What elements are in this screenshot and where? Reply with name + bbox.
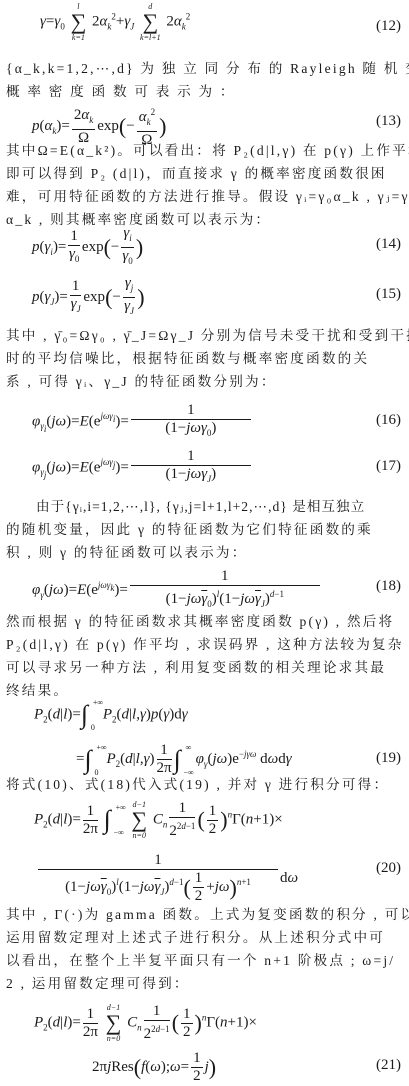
- paragraph: {α_k,k=1,2,⋯,d} 为 独 立 同 分 布 的 Rayleigh 随…: [6, 57, 404, 103]
- equation-19-line-1: P2(d|l)=∫+∞0P2(d|l,γ)p(γ)dγ: [34, 700, 188, 730]
- equation-18: φγ(jω)=E(ejωγk)=1(1−jωγ0)l(1−jωγJ)d−1: [32, 568, 322, 613]
- summation: d∑k=l+1: [140, 2, 161, 42]
- equation-number: (16): [376, 412, 401, 429]
- equation-12: γ=γ0 l∑k=1 2αk2+γJ d∑k=l+1 2αk2: [40, 2, 190, 42]
- integral-sign: ∫∞−∞: [174, 745, 196, 775]
- equation-number: (17): [376, 458, 401, 475]
- equation-17: φγj(jω)=E(ejωγj)=1(1−jωγJ): [32, 448, 253, 488]
- paragraph: 将式(10)、式(18)代入式(19) , 并对 γ 进行积分可得：: [6, 773, 404, 796]
- equation-19-line-2: =∫+∞0P2(d|l,γ)12π∫∞−∞φγ(jω)e−jγω dωdγ: [76, 742, 292, 777]
- summation: l∑k=1: [71, 2, 87, 42]
- equation-number: (14): [376, 236, 401, 253]
- integral-sign: ∫+∞0: [81, 700, 103, 730]
- equation-number: (21): [376, 1057, 401, 1074]
- integral-sign: ∫+∞−∞: [104, 805, 126, 835]
- equation-20-line-2: 1(1−jωγ0)l(1−jωγJ)d−1(12+jω)n+1dω: [36, 852, 298, 905]
- equation-number: (20): [376, 860, 401, 877]
- equation-21-line-1: P2(d|l)=12π d−1∑n=0 Cn122d−1(12)nΓ(n+1)×: [34, 1003, 257, 1043]
- equation-number: (18): [376, 578, 401, 595]
- equation-number: (12): [376, 18, 401, 35]
- equation-21-line-2: 2πjRes(f(ω);ω=12j): [92, 1050, 216, 1085]
- integral-sign: ∫+∞0: [84, 745, 106, 775]
- summation: d−1∑n=0: [131, 800, 147, 840]
- paragraph: 其中 , Γ(·)为 gamma 函数。上式为复变函数的积分 , 可以 运用留数…: [6, 903, 404, 995]
- paragraph: 的随机变量，因此 γ 的特征函数为它们特征函数的乘 积 , 则 γ 的特征函数可…: [6, 518, 404, 564]
- equation-number: (15): [376, 286, 401, 303]
- paragraph: 由于{γᵢ,i=1,2,⋯,l}, {γⱼ,j=l+1,l+2,⋯,d} 是相互…: [36, 495, 404, 518]
- equation-20-line-1: P2(d|l)=12π ∫+∞−∞ d−1∑n=0 Cn122d−1(12)nΓ…: [34, 800, 283, 840]
- equation-number: (19): [376, 750, 401, 767]
- paragraph: 其中 , γ̄₀=Ωγ₀ , γ̄_J=Ωγ_J 分别为信号未受干扰和受到干扰 …: [6, 324, 404, 393]
- paragraph: 然而根据 γ 的特征函数求其概率密度函数 p(γ) , 然后将 P₂(d|l,γ…: [6, 610, 404, 702]
- summation: d−1∑n=0: [106, 1003, 122, 1043]
- equation-16: φγi(jω)=E(ejωγi)=1(1−jωγ0): [32, 402, 253, 442]
- equation-number: (13): [376, 113, 401, 130]
- equation-15: p(γJ)=1γJexp(−γjγJ): [32, 275, 145, 320]
- paragraph: 其中Ω=E(α_k²)。可以看出：将 P₂(d|l,γ) 在 p(γ) 上作平均…: [6, 139, 404, 231]
- equation-14: p(γi)=1γ0exp(−γiγ0): [32, 225, 143, 270]
